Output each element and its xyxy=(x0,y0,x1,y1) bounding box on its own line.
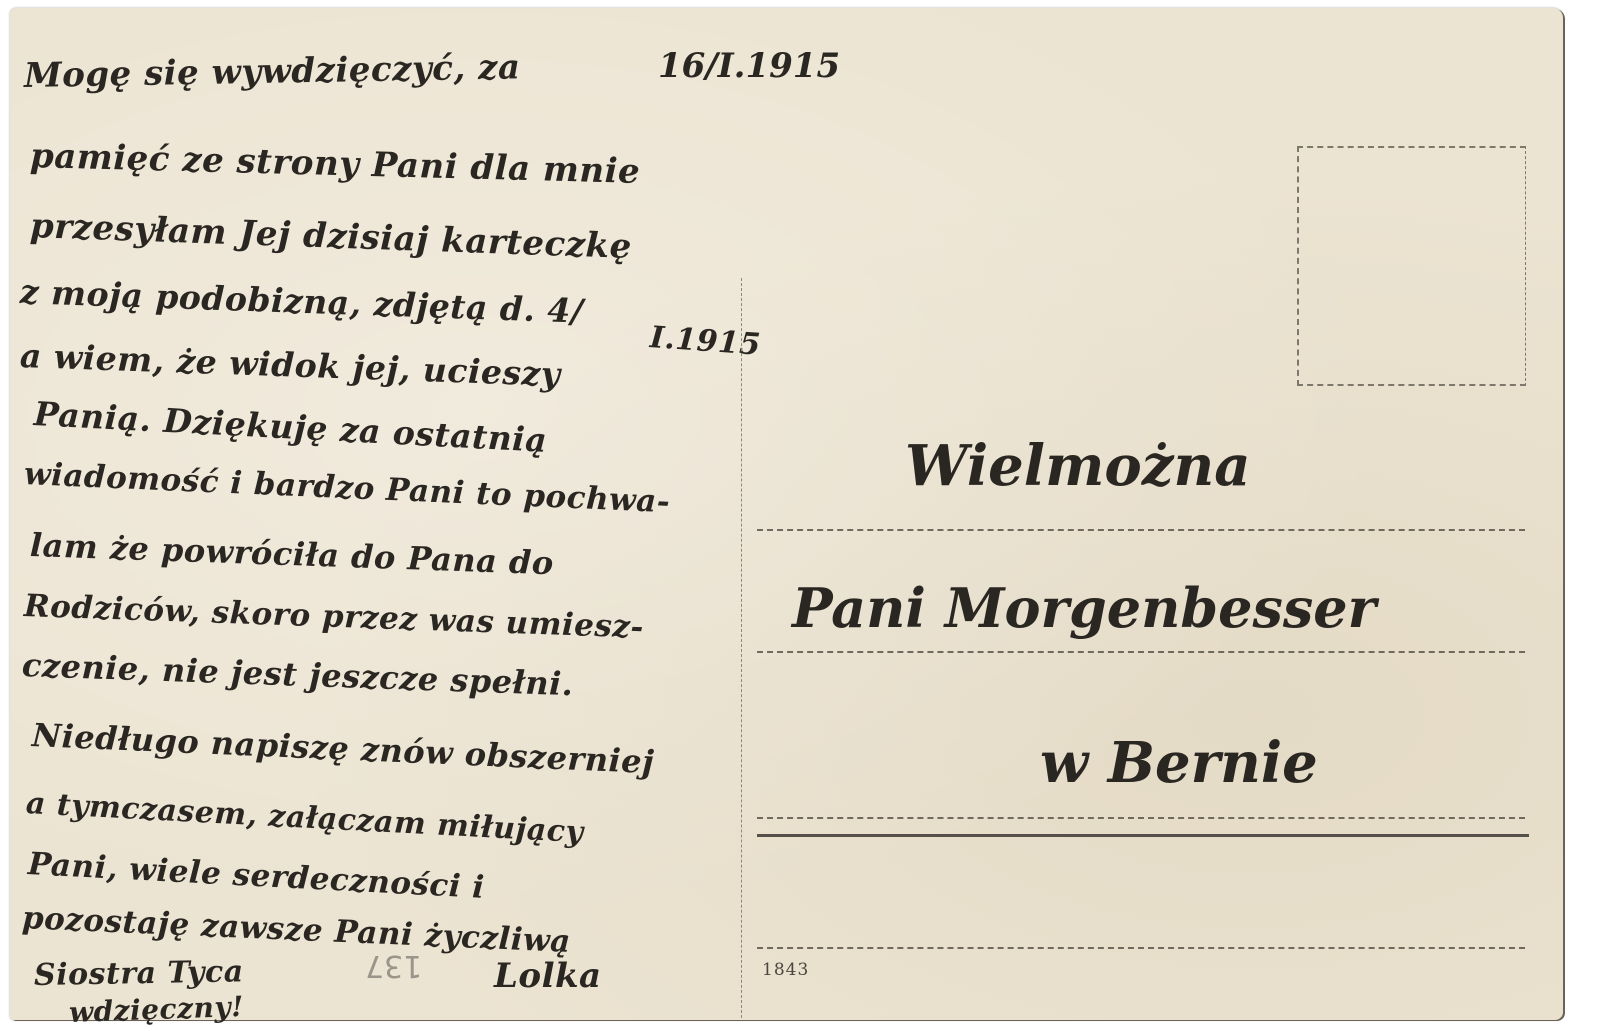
address-solid-rule xyxy=(757,834,1529,837)
vertical-divider xyxy=(741,278,742,1018)
message-line: czenie, nie jest jeszcze spełni. xyxy=(21,646,574,703)
stamp-box xyxy=(1297,146,1526,386)
address-line-2: Pani Morgenbesser xyxy=(792,576,1376,640)
message-line: Rodziców, skoro przez was umiesz- xyxy=(23,588,644,646)
message-line: Pani, wiele serdeczności i xyxy=(27,846,485,906)
message-line: pamięć ze strony Pani dla mnie xyxy=(29,136,640,192)
message-line: Panią. Dziękuję za ostatnią xyxy=(33,394,548,460)
inline-date: I.1915 xyxy=(649,320,762,363)
pencil-annotation: 137 xyxy=(365,948,422,983)
message-line: wiadomość i bardzo Pani to pochwa- xyxy=(23,456,671,520)
address-dashed-line xyxy=(757,529,1525,531)
message-line: Mogę się wywdzięczyć, za xyxy=(24,47,521,96)
address-dashed-line xyxy=(757,947,1525,949)
closing-line: Siostra Tyca xyxy=(34,954,244,993)
message-line: przesyłam Jej dzisiaj karteczkę xyxy=(29,206,632,267)
message-line: lam że powróciła do Pana do xyxy=(29,526,554,582)
address-line-3: w Bernie xyxy=(1040,730,1318,796)
message-line: z moją podobizną, zdjętą d. 4/ xyxy=(19,272,584,331)
address-dashed-line xyxy=(757,651,1525,653)
message-date: 16/I.1915 xyxy=(658,46,840,86)
message-line: a wiem, że widok jej, ucieszy xyxy=(19,336,561,394)
message-line: Niedługo napiszę znów obszerniej xyxy=(31,716,655,781)
message-line: pozostaję zawsze Pani życzliwą xyxy=(21,900,571,960)
postcard: Mogę się wywdzięczyć, za pamięć ze stron… xyxy=(10,8,1563,1020)
printer-number: 1843 xyxy=(762,960,809,980)
closing-line: wdzięczny! xyxy=(68,990,244,1029)
message-line: a tymczasem, załączam miłujący xyxy=(25,786,584,850)
address-dashed-line xyxy=(757,817,1525,819)
signature: Lolka xyxy=(494,956,602,996)
address-line-1: Wielmożna xyxy=(905,433,1251,499)
